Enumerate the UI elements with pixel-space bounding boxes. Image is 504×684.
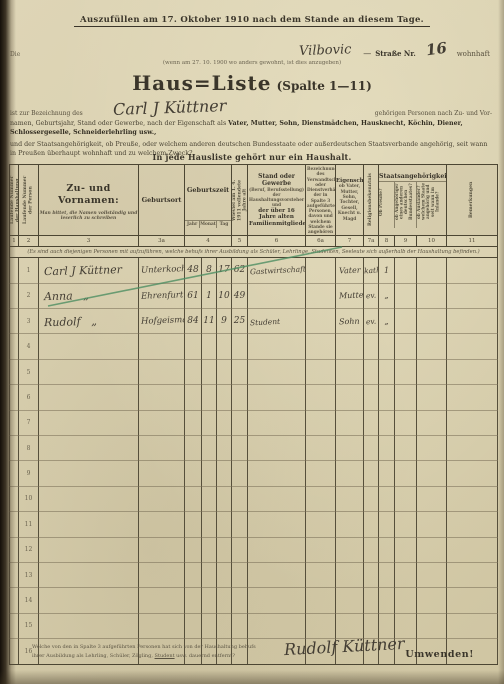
cell-rel — [364, 334, 379, 359]
cell-eig — [336, 588, 364, 613]
cell-eig — [336, 562, 364, 587]
cell-eig — [336, 512, 364, 537]
cell-bund — [395, 359, 417, 384]
cell-jahr — [185, 410, 202, 435]
cell-pr — [379, 588, 395, 613]
cell-monat — [202, 486, 217, 511]
cell-pr — [379, 359, 395, 384]
cell-verh — [306, 486, 336, 511]
page-bottom-shadow — [0, 670, 504, 684]
table-row: 14 — [10, 588, 498, 613]
cell-name — [39, 486, 139, 511]
cell-bund — [395, 435, 417, 460]
cell-alter: 62 — [232, 258, 248, 283]
cell-jahr — [185, 562, 202, 587]
header-relation: Bezeichnung des Verwandtschafts- oder Di… — [306, 165, 336, 236]
household-rule-note: In jede Hausliste gehört nur ein Haushal… — [0, 152, 504, 162]
intro-text-1: namen, Geburtsjahr, Stand oder Gewerbe, … — [10, 119, 492, 138]
header-person-number: Laufende Nummer der Person — [19, 165, 39, 236]
table-note-row: (Es sind auch diejenigen Personen mit au… — [10, 247, 498, 258]
cell-pr — [379, 334, 395, 359]
top-instruction: Auszufüllen am 17. Oktober 1910 nach dem… — [0, 7, 504, 27]
intro-lead-end: gehörigen Personen nach Zu- und Vor- — [375, 110, 492, 117]
cell-verh — [306, 309, 336, 334]
cell-monat: 8 — [202, 258, 217, 283]
header-trade: Stand oder Gewerbe (Beruf, Berufsstellun… — [248, 165, 306, 236]
cell-jahr — [185, 385, 202, 410]
cell-eig — [336, 334, 364, 359]
cell-alter: 49 — [232, 283, 248, 308]
table-row: 4 — [10, 334, 498, 359]
cell-pr: „ — [379, 309, 395, 334]
cell-jahr: 61 — [185, 283, 202, 308]
cell-gewerbe — [248, 486, 306, 511]
cell-bund — [395, 309, 417, 334]
cell-alter — [232, 334, 248, 359]
cell-verh — [306, 613, 336, 638]
cell-ausl — [417, 385, 447, 410]
cell-alter — [232, 512, 248, 537]
cell-tag — [217, 486, 232, 511]
cell-ausl — [417, 309, 447, 334]
cell-bem — [447, 537, 498, 562]
cell-bem — [447, 461, 498, 486]
table-row: 1Carl J KüttnerUnterkochen4881762Gastwir… — [10, 258, 498, 283]
cell-eig: Sohn — [336, 309, 364, 334]
cell-name — [39, 512, 139, 537]
cell-rel — [364, 410, 379, 435]
wohnhaft-label: wohnhaft — [457, 50, 490, 58]
cell-pr — [379, 410, 395, 435]
cell-num: 14 — [19, 588, 39, 613]
cell-verh — [306, 385, 336, 410]
cell-monat — [202, 359, 217, 384]
cell-ort — [139, 334, 185, 359]
scanned-census-form: Auszufüllen am 17. Oktober 1910 nach dem… — [0, 0, 504, 684]
cell-ausl — [417, 435, 447, 460]
cell-name — [39, 359, 139, 384]
cell-alter — [232, 385, 248, 410]
cell-rel — [364, 359, 379, 384]
cell-pr — [379, 537, 395, 562]
header-nationality: Staatsangehörigkeit Ob Preuße? ob Angehö… — [379, 165, 447, 236]
cell-gewerbe — [248, 461, 306, 486]
place-handwritten: Vilbovic — [299, 42, 360, 59]
cell-tag: 9 — [217, 309, 232, 334]
cell-monat — [202, 613, 217, 638]
cell-bem — [447, 385, 498, 410]
cell-num: 12 — [19, 537, 39, 562]
cell-ort — [139, 385, 185, 410]
cell-ausl — [417, 359, 447, 384]
cell-bem — [447, 334, 498, 359]
cell-jahr — [185, 512, 202, 537]
cell-bund — [395, 486, 417, 511]
cell-bund — [395, 461, 417, 486]
cell-tag — [217, 334, 232, 359]
cell-alter — [232, 486, 248, 511]
cell-ausl — [417, 613, 447, 638]
cell-verh — [306, 258, 336, 283]
cell-ort: Hofgeismar — [139, 309, 185, 334]
table-row: 12 — [10, 537, 498, 562]
cell-name: Rudolf „ — [39, 309, 139, 334]
cell-bund — [395, 258, 417, 283]
cell-ausl — [417, 512, 447, 537]
cell-bund — [395, 512, 417, 537]
cell-monat — [202, 410, 217, 435]
dash: — — [359, 49, 375, 58]
cell-ort — [139, 410, 185, 435]
cell-bem — [447, 588, 498, 613]
cell-num: 9 — [19, 461, 39, 486]
cell-pr — [379, 435, 395, 460]
cell-jahr — [185, 613, 202, 638]
cell-ort — [139, 512, 185, 537]
cell-monat: 1 — [202, 283, 217, 308]
cell-monat — [202, 512, 217, 537]
cell-num: 11 — [19, 512, 39, 537]
column-number-row: 1 2 3 3a 4 5 6 6a 7 7a 8 9 10 11 — [10, 236, 498, 247]
cell-name — [39, 562, 139, 587]
cell-name — [39, 588, 139, 613]
cell-ort — [139, 562, 185, 587]
cell-gewerbe — [248, 283, 306, 308]
cell-verh — [306, 410, 336, 435]
cell-monat — [202, 461, 217, 486]
cell-verh — [306, 512, 336, 537]
cell-tag — [217, 359, 232, 384]
cell-gewerbe — [248, 512, 306, 537]
cell-gewerbe: Gastwirtschafter a. D. — [248, 258, 306, 283]
cell-gewerbe — [248, 359, 306, 384]
form-title: Haus=Liste (Spalte 1—11) — [0, 71, 504, 95]
cell-bem — [447, 435, 498, 460]
cell-rel: kath. — [364, 258, 379, 283]
cell-gewerbe — [248, 410, 306, 435]
footer: Welche von den in Spalte 3 aufgeführten … — [10, 643, 490, 660]
cell-gewerbe — [248, 537, 306, 562]
cell-eig — [336, 461, 364, 486]
cell-verh — [306, 334, 336, 359]
cell-bem — [447, 613, 498, 638]
cell-name — [39, 410, 139, 435]
title-main: Haus=Liste — [132, 71, 271, 95]
cell-gewerbe — [248, 385, 306, 410]
cell-ausl — [417, 486, 447, 511]
cell-eig — [336, 613, 364, 638]
cell-rel — [364, 435, 379, 460]
book-spine-shadow — [0, 0, 16, 684]
cell-eig — [336, 486, 364, 511]
cell-bund — [395, 410, 417, 435]
table-row: 13 — [10, 562, 498, 587]
table-row: 7 — [10, 410, 498, 435]
cell-ort — [139, 588, 185, 613]
table-row: 2Anna „Ehrenfurt6111049Mutterev.„ — [10, 283, 498, 308]
cell-tag — [217, 410, 232, 435]
cell-num: 5 — [19, 359, 39, 384]
cell-tag: 17 — [217, 258, 232, 283]
cell-ort — [139, 613, 185, 638]
cell-name — [39, 537, 139, 562]
cell-name — [39, 461, 139, 486]
page-right-shadow — [498, 0, 504, 684]
address-note: (wenn am 27. 10. 1900 wo anders gewohnt,… — [0, 60, 504, 66]
cell-jahr — [185, 486, 202, 511]
cell-bund — [395, 385, 417, 410]
street-number-handwritten: 16 — [415, 37, 458, 61]
cell-pr: „ — [379, 283, 395, 308]
cell-pr — [379, 385, 395, 410]
cell-ausl — [417, 537, 447, 562]
cell-name — [39, 334, 139, 359]
cell-tag — [217, 562, 232, 587]
cell-alter — [232, 410, 248, 435]
cell-gewerbe — [248, 435, 306, 460]
cell-monat: 11 — [202, 309, 217, 334]
footer-question: Welche von den in Spalte 3 aufgeführten … — [32, 643, 270, 660]
cell-monat — [202, 588, 217, 613]
cell-jahr — [185, 435, 202, 460]
cell-monat — [202, 537, 217, 562]
cell-num: 15 — [19, 613, 39, 638]
cell-ausl — [417, 410, 447, 435]
house-list-body: 1Carl J KüttnerUnterkochen4881762Gastwir… — [10, 258, 498, 664]
cell-name — [39, 613, 139, 638]
cell-eig — [336, 410, 364, 435]
cell-ausl — [417, 283, 447, 308]
cell-rel — [364, 385, 379, 410]
cell-alter — [232, 461, 248, 486]
table-row: 5 — [10, 359, 498, 384]
cell-alter — [232, 435, 248, 460]
title-columns-range: (Spalte 1—11) — [277, 79, 372, 93]
cell-ort — [139, 537, 185, 562]
table-row: 10 — [10, 486, 498, 511]
cell-tag: 10 — [217, 283, 232, 308]
house-list-table: Laufende Nummer der Haushaltung Laufende… — [9, 164, 498, 665]
cell-gewerbe — [248, 334, 306, 359]
cell-bem — [447, 512, 498, 537]
header-birthplace: Geburtsort — [139, 165, 185, 236]
cell-pr: 1 — [379, 258, 395, 283]
cell-jahr — [185, 588, 202, 613]
cell-gewerbe — [248, 588, 306, 613]
cell-rel — [364, 562, 379, 587]
cell-num: 13 — [19, 562, 39, 587]
cell-rel — [364, 588, 379, 613]
cell-rel: ev. — [364, 309, 379, 334]
cell-tag — [217, 385, 232, 410]
cell-verh — [306, 435, 336, 460]
cell-pr — [379, 512, 395, 537]
cell-alter — [232, 588, 248, 613]
cell-num: 7 — [19, 410, 39, 435]
cell-rel — [364, 486, 379, 511]
cell-alter — [232, 613, 248, 638]
cell-jahr: 48 — [185, 258, 202, 283]
cell-bem — [447, 258, 498, 283]
cell-bem — [447, 486, 498, 511]
cell-eig — [336, 385, 364, 410]
cell-rel: ev. — [364, 283, 379, 308]
table-row: 8 — [10, 435, 498, 460]
cell-eig: Mutter — [336, 283, 364, 308]
cell-jahr — [185, 461, 202, 486]
cell-pr — [379, 461, 395, 486]
cell-pr — [379, 562, 395, 587]
cell-ausl — [417, 588, 447, 613]
table-row: 11 — [10, 512, 498, 537]
cell-jahr — [185, 537, 202, 562]
intro-paragraph: ist zur Bezeichnung des Carl J Küttner g… — [10, 97, 492, 159]
cell-bem — [447, 359, 498, 384]
cell-alter — [232, 537, 248, 562]
cell-alter — [232, 562, 248, 587]
cell-monat — [202, 385, 217, 410]
cell-tag — [217, 512, 232, 537]
cell-num: 1 — [19, 258, 39, 283]
cell-num: 4 — [19, 334, 39, 359]
cell-bund — [395, 537, 417, 562]
cell-rel — [364, 461, 379, 486]
cell-gewerbe: Student — [248, 309, 306, 334]
cell-eig — [336, 537, 364, 562]
cell-bem — [447, 283, 498, 308]
header-quality: Eigenschaft: ob Vater, Mutter, Sohn, Toc… — [336, 165, 364, 236]
address-line: Die Vilbovic — Straße Nr. 16 wohnhaft — [10, 40, 490, 58]
cell-rel — [364, 537, 379, 562]
cell-num: 6 — [19, 385, 39, 410]
cell-monat — [202, 562, 217, 587]
street-label: Straße Nr. — [375, 49, 416, 58]
cell-tag — [217, 537, 232, 562]
cell-monat — [202, 435, 217, 460]
cell-monat — [202, 334, 217, 359]
cell-tag — [217, 461, 232, 486]
cell-ausl — [417, 258, 447, 283]
cell-name: Carl J Küttner — [39, 258, 139, 283]
cell-bem — [447, 309, 498, 334]
cell-tag — [217, 435, 232, 460]
header-age: Wieviel am 1. 4. 1911 vollendete Jahre a… — [232, 165, 248, 236]
header-remarks: Bemerkungen — [447, 165, 498, 236]
cell-verh — [306, 562, 336, 587]
cell-eig — [336, 359, 364, 384]
cell-ort — [139, 461, 185, 486]
cell-bund — [395, 334, 417, 359]
cell-ort — [139, 435, 185, 460]
cell-jahr — [185, 359, 202, 384]
cell-name: Anna „ — [39, 283, 139, 308]
cell-bund — [395, 562, 417, 587]
cell-eig — [336, 435, 364, 460]
header-birthtime: Geburtszeit Jahr Monat Tag — [185, 165, 232, 236]
cell-num: 10 — [19, 486, 39, 511]
cell-jahr: 84 — [185, 309, 202, 334]
cell-ort: Unterkochen — [139, 258, 185, 283]
cell-bem — [447, 562, 498, 587]
cell-alter: 25 — [232, 309, 248, 334]
intro-lead: ist zur Bezeichnung des — [10, 110, 83, 117]
cell-verh — [306, 537, 336, 562]
cell-tag — [217, 613, 232, 638]
cell-bund — [395, 283, 417, 308]
cell-num: 3 — [19, 309, 39, 334]
cell-tag — [217, 588, 232, 613]
cell-ort — [139, 486, 185, 511]
cell-alter — [232, 359, 248, 384]
table-row: 3Rudolf „Hofgeismar8411925StudentSohnev.… — [10, 309, 498, 334]
cell-bem — [447, 410, 498, 435]
cell-verh — [306, 283, 336, 308]
table-row: 9 — [10, 461, 498, 486]
cell-name — [39, 435, 139, 460]
header-names: Zu- und Vornamen: Man bittet, die Namen … — [39, 165, 139, 236]
cell-verh — [306, 588, 336, 613]
head-of-household-handwritten: Carl J Küttner — [112, 96, 226, 119]
cell-bund — [395, 588, 417, 613]
header-religion: Religionsbekenntnis — [364, 165, 379, 236]
table-row: 15 — [10, 613, 498, 638]
cell-verh — [306, 359, 336, 384]
cell-jahr — [185, 334, 202, 359]
cell-num: 2 — [19, 283, 39, 308]
table-row: 6 — [10, 385, 498, 410]
cell-gewerbe — [248, 562, 306, 587]
turn-over-label: Umwenden! — [405, 649, 474, 660]
cell-ort: Ehrenfurt — [139, 283, 185, 308]
cell-verh — [306, 461, 336, 486]
cell-rel — [364, 512, 379, 537]
cell-gewerbe — [248, 613, 306, 638]
cell-eig: Vater — [336, 258, 364, 283]
cell-ausl — [417, 334, 447, 359]
cell-name — [39, 385, 139, 410]
cell-ausl — [417, 562, 447, 587]
cell-pr — [379, 486, 395, 511]
cell-num: 8 — [19, 435, 39, 460]
cell-ausl — [417, 461, 447, 486]
cell-ort — [139, 359, 185, 384]
